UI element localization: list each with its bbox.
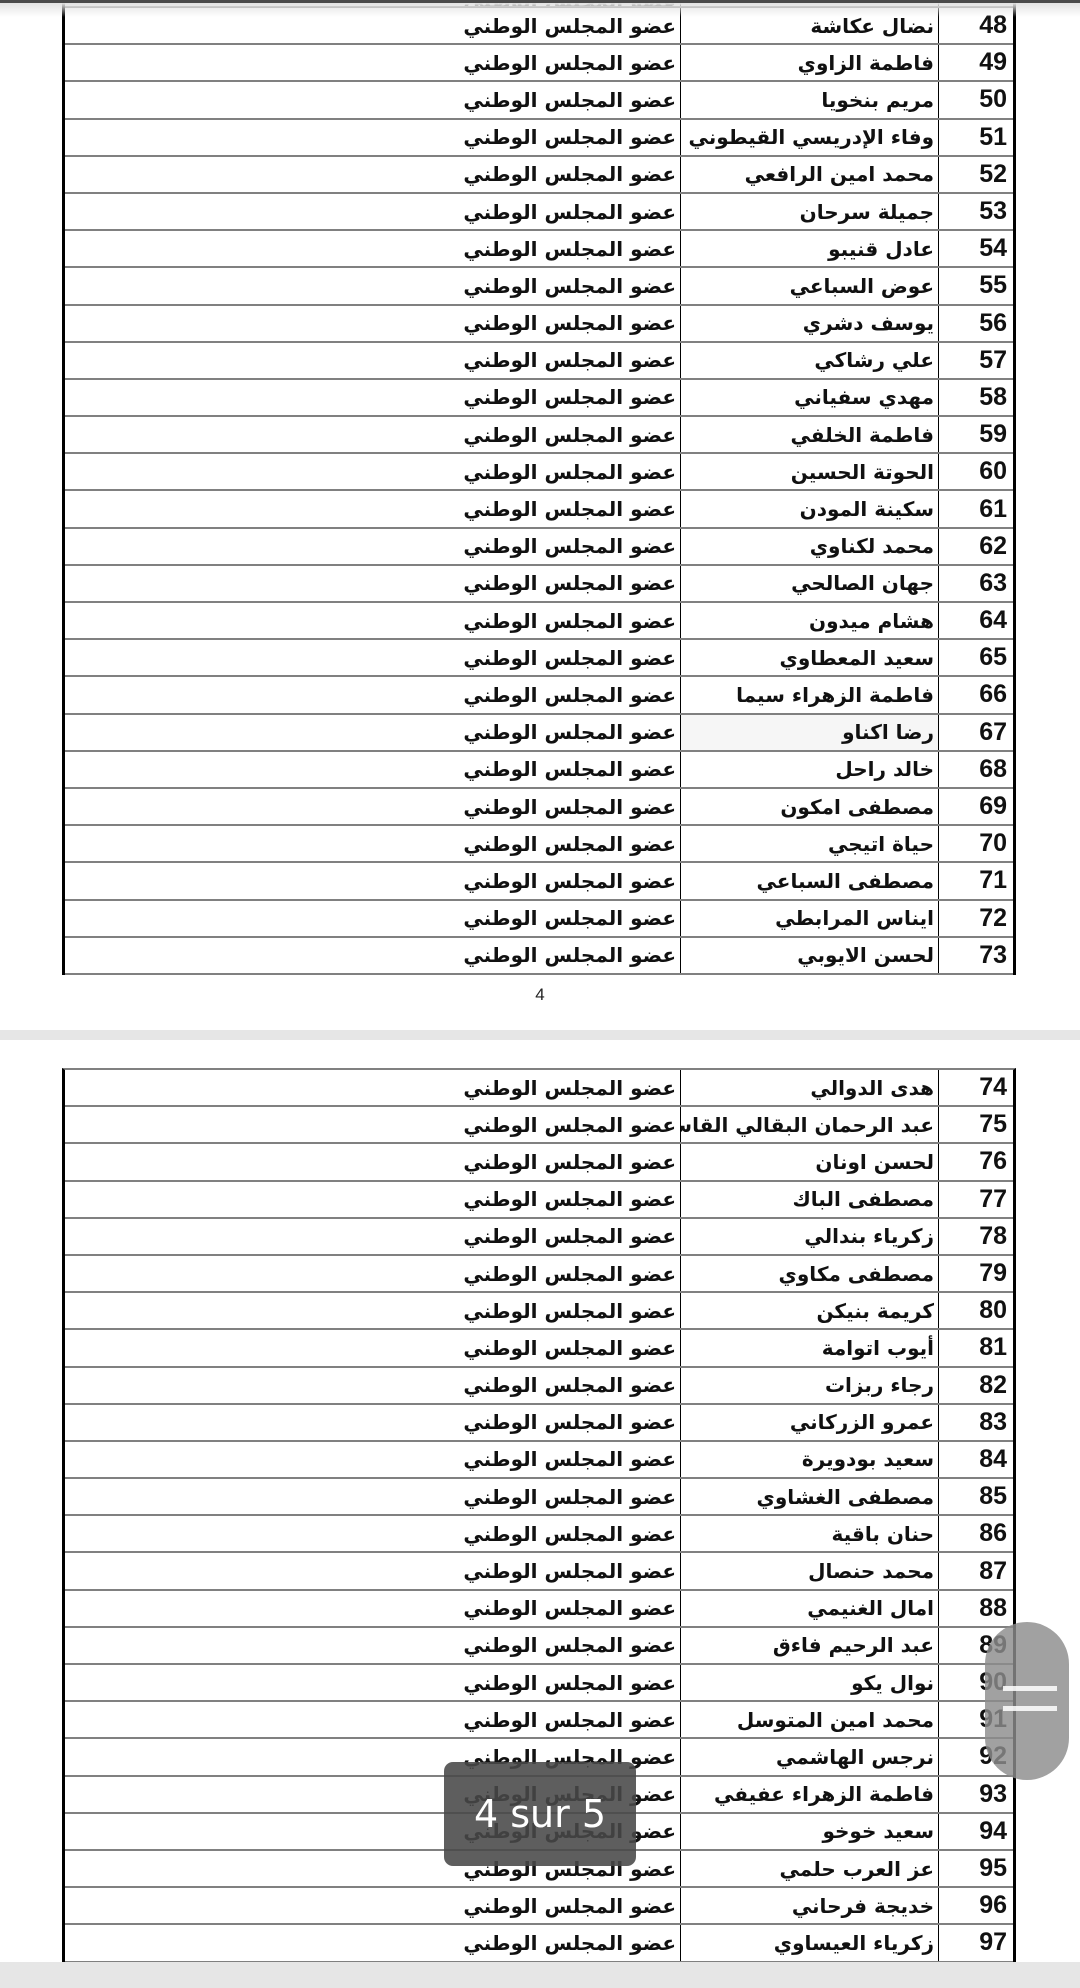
role-cell: عضو المجلس الوطني (65, 268, 681, 303)
name-cell: جميلة سرحان (681, 194, 939, 229)
table-row: عضو المجلس الوطني هدى الدوالي 74 (65, 1070, 1013, 1107)
number-cell: 65 (939, 640, 1013, 675)
number-cell: 87 (939, 1553, 1013, 1588)
name-cell: نوال يكو (681, 1665, 939, 1700)
role-cell: عضو المجلس الوطني (65, 640, 681, 675)
table-row: عضو المجلس الوطني مصطفى مكاوي 79 (65, 1256, 1013, 1293)
table-row: عضو المجلس الوطني خالد راحل 68 (65, 752, 1013, 789)
number-cell: 51 (939, 120, 1013, 155)
table-row: عضو المجلس الوطني عمرو الزركاني 83 (65, 1405, 1013, 1442)
role-cell: عضو المجلس الوطني (65, 380, 681, 415)
role-cell: عضو المجلس الوطني (65, 789, 681, 824)
number-cell: 77 (939, 1182, 1013, 1217)
role-cell: عضو المجلس الوطني (65, 1330, 681, 1365)
number-cell: 60 (939, 454, 1013, 489)
table-row: عضو المجلس الوطني عبد الرحيم فاءق 89 (65, 1628, 1013, 1665)
page-indicator: 4 sur 5 (444, 1762, 636, 1866)
role-cell: عضو المجلس الوطني (65, 1665, 681, 1700)
role-cell: عضو المجلس الوطني (65, 1368, 681, 1403)
number-cell: 59 (939, 417, 1013, 452)
role-cell: عضو المجلس الوطني (65, 826, 681, 861)
role-cell: عضو المجلس الوطني (65, 529, 681, 564)
number-cell: 88 (939, 1591, 1013, 1626)
table-row: عضو المجلس الوطني محمد لكناوي 62 (65, 529, 1013, 566)
viewer-bottom-area (0, 1962, 1080, 1988)
number-cell: 93 (939, 1777, 1013, 1812)
number-cell: 72 (939, 901, 1013, 936)
number-cell: 75 (939, 1107, 1013, 1142)
table-row: عضو المجلس الوطني محمد حنصال 87 (65, 1553, 1013, 1590)
name-cell: زكرياء بندالي (681, 1219, 939, 1254)
name-cell: فاطمة الزاوي (681, 45, 939, 80)
name-cell: عبد الرحيم فاءق (681, 1628, 939, 1663)
table-row: عضو المجلس الوطني لحسن اونان 76 (65, 1144, 1013, 1181)
table-row: عضو المجلس الوطني عبد الرحمان البقالي ال… (65, 1107, 1013, 1144)
name-cell: عز العرب حلمي (681, 1851, 939, 1886)
role-cell: عضو المجلس الوطني (65, 1070, 681, 1105)
name-cell: خديجة فرحاني (681, 1888, 939, 1923)
role-cell: عضو المجلس الوطني (65, 231, 681, 266)
number-cell: 95 (939, 1851, 1013, 1886)
table-row: عضو المجلس الوطني امال الغنيمي 88 (65, 1591, 1013, 1628)
name-cell: عمرو الزركاني (681, 1405, 939, 1440)
name-cell: حنان باقية (681, 1516, 939, 1551)
viewer-top-shadow (0, 3, 1080, 17)
name-cell: مصطفى السباعي (681, 863, 939, 898)
role-cell: عضو المجلس الوطني (65, 1256, 681, 1291)
table-row: عضو المجلس الوطني رضا اكناو 67 (65, 715, 1013, 752)
name-cell: مهدي سفياني (681, 380, 939, 415)
name-cell: لحسن الايوبي (681, 938, 939, 973)
number-cell: 50 (939, 82, 1013, 117)
name-cell: ايناس المرابطي (681, 901, 939, 936)
name-cell: أيوب اتوامة (681, 1330, 939, 1365)
number-cell: 73 (939, 938, 1013, 973)
number-cell: 80 (939, 1293, 1013, 1328)
role-cell: عضو المجلس الوطني (65, 715, 681, 750)
number-cell: 67 (939, 715, 1013, 750)
role-cell: عضو المجلس الوطني (65, 603, 681, 638)
number-cell: 85 (939, 1479, 1013, 1514)
role-cell: عضو المجلس الوطني (65, 120, 681, 155)
name-cell: زكرياء العيساوي (681, 1925, 939, 1960)
table-row: عضو المجلس الوطني عوض السباعي 55 (65, 268, 1013, 305)
name-cell: الحوتة الحسين (681, 454, 939, 489)
number-cell: 69 (939, 789, 1013, 824)
role-cell: عضو المجلس الوطني (65, 194, 681, 229)
name-cell: حياة اتيجي (681, 826, 939, 861)
role-cell: عضو المجلس الوطني (65, 1516, 681, 1551)
name-cell: سكينة المودن (681, 491, 939, 526)
table-row: عضو المجلس الوطني زكرياء بندالي 78 (65, 1219, 1013, 1256)
table-row: عضو المجلس الوطني الحوتة الحسين 60 (65, 454, 1013, 491)
table-row: عضو المجلس الوطني فاطمة الزاوي 49 (65, 45, 1013, 82)
name-cell: مصطفى الباك (681, 1182, 939, 1217)
number-cell: 96 (939, 1888, 1013, 1923)
table-row: عضو المجلس الوطني مصطفى السباعي 71 (65, 863, 1013, 900)
name-cell: مصطفى الغشاوي (681, 1479, 939, 1514)
name-cell: مصطفى مكاوي (681, 1256, 939, 1291)
table-row: عضو المجلس الوطني محمد امين الرافعي 52 (65, 157, 1013, 194)
number-cell: 61 (939, 491, 1013, 526)
name-cell: هشام ميدون (681, 603, 939, 638)
name-cell: عادل قنيبو (681, 231, 939, 266)
number-cell: 84 (939, 1442, 1013, 1477)
table-row: عضو المجلس الوطني نوال يكو 90 (65, 1665, 1013, 1702)
name-cell: سعيد المعطاوي (681, 640, 939, 675)
name-cell: محمد امين الرافعي (681, 157, 939, 192)
name-cell: سعيد بودويرة (681, 1442, 939, 1477)
number-cell: 63 (939, 566, 1013, 601)
name-cell: علي رشاكي (681, 343, 939, 378)
table-row: عضو المجلس الوطني كريمة بنيكن 80 (65, 1293, 1013, 1330)
name-cell: سعيد خوخو (681, 1814, 939, 1849)
role-cell: عضو المجلس الوطني (65, 1442, 681, 1477)
role-cell: عضو المجلس الوطني (65, 1219, 681, 1254)
role-cell: عضو المجلس الوطني (65, 1628, 681, 1663)
table-row: عضو المجلس الوطني محمد امين المتوسل 91 (65, 1702, 1013, 1739)
number-cell: 49 (939, 45, 1013, 80)
name-cell: فاطمة الزهراء عفيفي (681, 1777, 939, 1812)
number-cell: 97 (939, 1925, 1013, 1960)
table-row: عضو المجلس الوطني أيوب اتوامة 81 (65, 1330, 1013, 1367)
pdf-page-4: عضو المجلس الوطني عضو المجلس الوطني نضال… (0, 0, 1080, 1030)
number-cell: 94 (939, 1814, 1013, 1849)
grip-line-icon (1003, 1686, 1057, 1691)
role-cell: عضو المجلس الوطني (65, 1888, 681, 1923)
number-cell: 62 (939, 529, 1013, 564)
table-row: عضو المجلس الوطني مهدي سفياني 58 (65, 380, 1013, 417)
number-cell: 78 (939, 1219, 1013, 1254)
role-cell: عضو المجلس الوطني (65, 1925, 681, 1960)
number-cell: 68 (939, 752, 1013, 787)
role-cell: عضو المجلس الوطني (65, 1293, 681, 1328)
scroll-grip-icon[interactable] (985, 1622, 1069, 1780)
name-cell: عبد الرحمان البقالي القاسمي (681, 1107, 939, 1142)
table-row: عضو المجلس الوطني زكرياء العيساوي 97 (65, 1925, 1013, 1962)
role-cell: عضو المجلس الوطني (65, 45, 681, 80)
role-cell: عضو المجلس الوطني (65, 752, 681, 787)
table-row: عضو المجلس الوطني يوسف دشري 56 (65, 306, 1013, 343)
name-cell: مريم بنخويا (681, 82, 939, 117)
number-cell: 79 (939, 1256, 1013, 1291)
table-row: عضو المجلس الوطني خديجة فرحاني 96 (65, 1888, 1013, 1925)
number-cell: 71 (939, 863, 1013, 898)
role-cell: عضو المجلس الوطني (65, 1591, 681, 1626)
table-row: عضو المجلس الوطني مصطفى امكون 69 (65, 789, 1013, 826)
table-row: عضو المجلس الوطني عادل قنيبو 54 (65, 231, 1013, 268)
number-cell: 66 (939, 677, 1013, 712)
page-number: 4 (530, 985, 550, 1005)
role-cell: عضو المجلس الوطني (65, 343, 681, 378)
name-cell: يوسف دشري (681, 306, 939, 341)
number-cell: 53 (939, 194, 1013, 229)
table-row: عضو المجلس الوطني فاطمة الخلفي 59 (65, 417, 1013, 454)
role-cell: عضو المجلس الوطني (65, 566, 681, 601)
role-cell: عضو المجلس الوطني (65, 454, 681, 489)
table-row: عضو المجلس الوطني فاطمة الزهراء سيما 66 (65, 677, 1013, 714)
name-cell: جهان الصالحي (681, 566, 939, 601)
name-cell: عوض السباعي (681, 268, 939, 303)
number-cell: 76 (939, 1144, 1013, 1179)
page-separator (0, 1030, 1080, 1040)
number-cell: 56 (939, 306, 1013, 341)
table-row: عضو المجلس الوطني ايناس المرابطي 72 (65, 901, 1013, 938)
number-cell: 64 (939, 603, 1013, 638)
name-cell: لحسن اونان (681, 1144, 939, 1179)
name-cell: هدى الدوالي (681, 1070, 939, 1105)
role-cell: عضو المجلس الوطني (65, 901, 681, 936)
table-row: عضو المجلس الوطني مصطفى الغشاوي 85 (65, 1479, 1013, 1516)
table-row: عضو المجلس الوطني سعيد المعطاوي 65 (65, 640, 1013, 677)
name-cell: محمد لكناوي (681, 529, 939, 564)
role-cell: عضو المجلس الوطني (65, 82, 681, 117)
number-cell: 57 (939, 343, 1013, 378)
name-cell: مصطفى امكون (681, 789, 939, 824)
name-cell: محمد امين المتوسل (681, 1702, 939, 1737)
table-row: عضو المجلس الوطني هشام ميدون 64 (65, 603, 1013, 640)
table-row: عضو المجلس الوطني مصطفى الباك 77 (65, 1182, 1013, 1219)
role-cell: عضو المجلس الوطني (65, 1479, 681, 1514)
table-row: عضو المجلس الوطني رجاء ربزات 82 (65, 1368, 1013, 1405)
viewer-top-bar (0, 0, 1080, 3)
role-cell: عضو المجلس الوطني (65, 1405, 681, 1440)
role-cell: عضو المجلس الوطني (65, 306, 681, 341)
name-cell: رجاء ربزات (681, 1368, 939, 1403)
table-row: عضو المجلس الوطني سعيد بودويرة 84 (65, 1442, 1013, 1479)
role-cell: عضو المجلس الوطني (65, 863, 681, 898)
name-cell: فاطمة الزهراء سيما (681, 677, 939, 712)
table-row: عضو المجلس الوطني جميلة سرحان 53 (65, 194, 1013, 231)
role-cell: عضو المجلس الوطني (65, 1553, 681, 1588)
name-cell: فاطمة الخلفي (681, 417, 939, 452)
table-row: عضو المجلس الوطني جهان الصالحي 63 (65, 566, 1013, 603)
number-cell: 83 (939, 1405, 1013, 1440)
number-cell: 58 (939, 380, 1013, 415)
number-cell: 74 (939, 1070, 1013, 1105)
number-cell: 82 (939, 1368, 1013, 1403)
role-cell: عضو المجلس الوطني (65, 677, 681, 712)
table-row: عضو المجلس الوطني سكينة المودن 61 (65, 491, 1013, 528)
role-cell: عضو المجلس الوطني (65, 1182, 681, 1217)
number-cell: 81 (939, 1330, 1013, 1365)
name-cell: كريمة بنيكن (681, 1293, 939, 1328)
role-cell: عضو المجلس الوطني (65, 157, 681, 192)
table-row: عضو المجلس الوطني وفاء الإدريسي القيطوني… (65, 120, 1013, 157)
role-cell: عضو المجلس الوطني (65, 417, 681, 452)
number-cell: 55 (939, 268, 1013, 303)
table-row: عضو المجلس الوطني مريم بنخويا 50 (65, 82, 1013, 119)
table-row: عضو المجلس الوطني لحسن الايوبي 73 (65, 938, 1013, 975)
name-cell: خالد راحل (681, 752, 939, 787)
members-table-page-4: عضو المجلس الوطني عضو المجلس الوطني نضال… (62, 0, 1016, 975)
role-cell: عضو المجلس الوطني (65, 938, 681, 973)
table-row: عضو المجلس الوطني حنان باقية 86 (65, 1516, 1013, 1553)
number-cell: 70 (939, 826, 1013, 861)
role-cell: عضو المجلس الوطني (65, 1702, 681, 1737)
number-cell: 54 (939, 231, 1013, 266)
table-row: عضو المجلس الوطني حياة اتيجي 70 (65, 826, 1013, 863)
role-cell: عضو المجلس الوطني (65, 1144, 681, 1179)
name-cell: محمد حنصال (681, 1553, 939, 1588)
name-cell: رضا اكناو (681, 715, 939, 750)
number-cell: 86 (939, 1516, 1013, 1551)
grip-line-icon (1003, 1706, 1057, 1711)
role-cell: عضو المجلس الوطني (65, 1107, 681, 1142)
number-cell: 52 (939, 157, 1013, 192)
name-cell: وفاء الإدريسي القيطوني (681, 120, 939, 155)
name-cell: امال الغنيمي (681, 1591, 939, 1626)
role-cell: عضو المجلس الوطني (65, 491, 681, 526)
table-row: عضو المجلس الوطني علي رشاكي 57 (65, 343, 1013, 380)
name-cell: نرجس الهاشمي (681, 1739, 939, 1774)
